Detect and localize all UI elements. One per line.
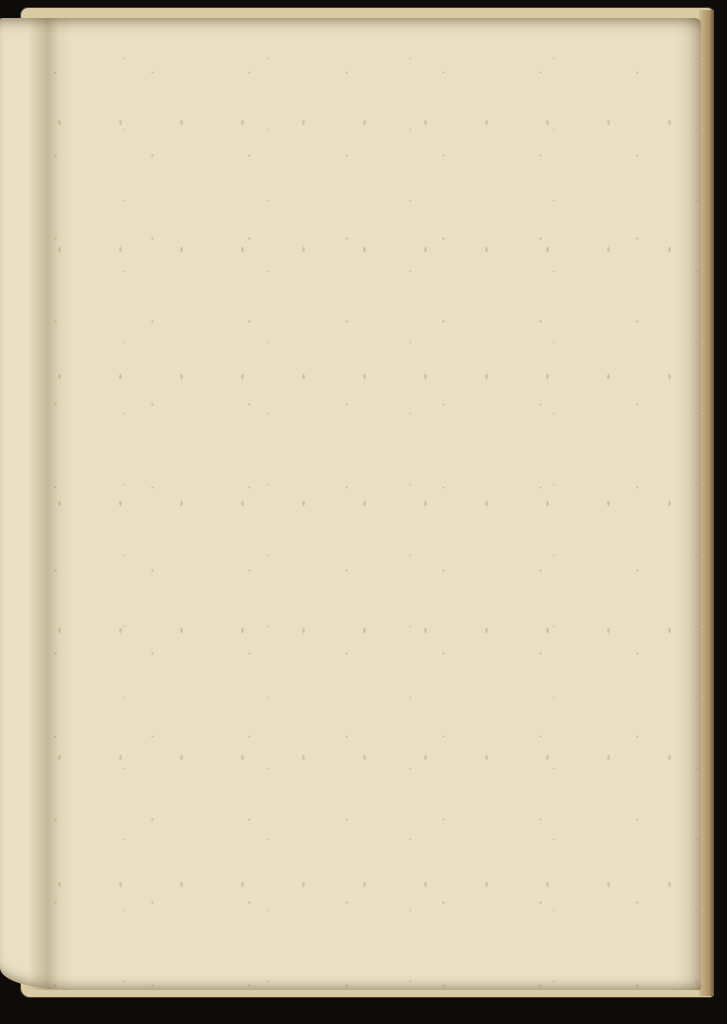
form-content (318, 44, 704, 58)
register-page (0, 18, 701, 990)
book-scan: { "colors":{ "paper":"#e9dfc2", "printed… (0, 0, 727, 1024)
gutter-crease (28, 18, 72, 990)
page-stack-edge (699, 10, 714, 996)
